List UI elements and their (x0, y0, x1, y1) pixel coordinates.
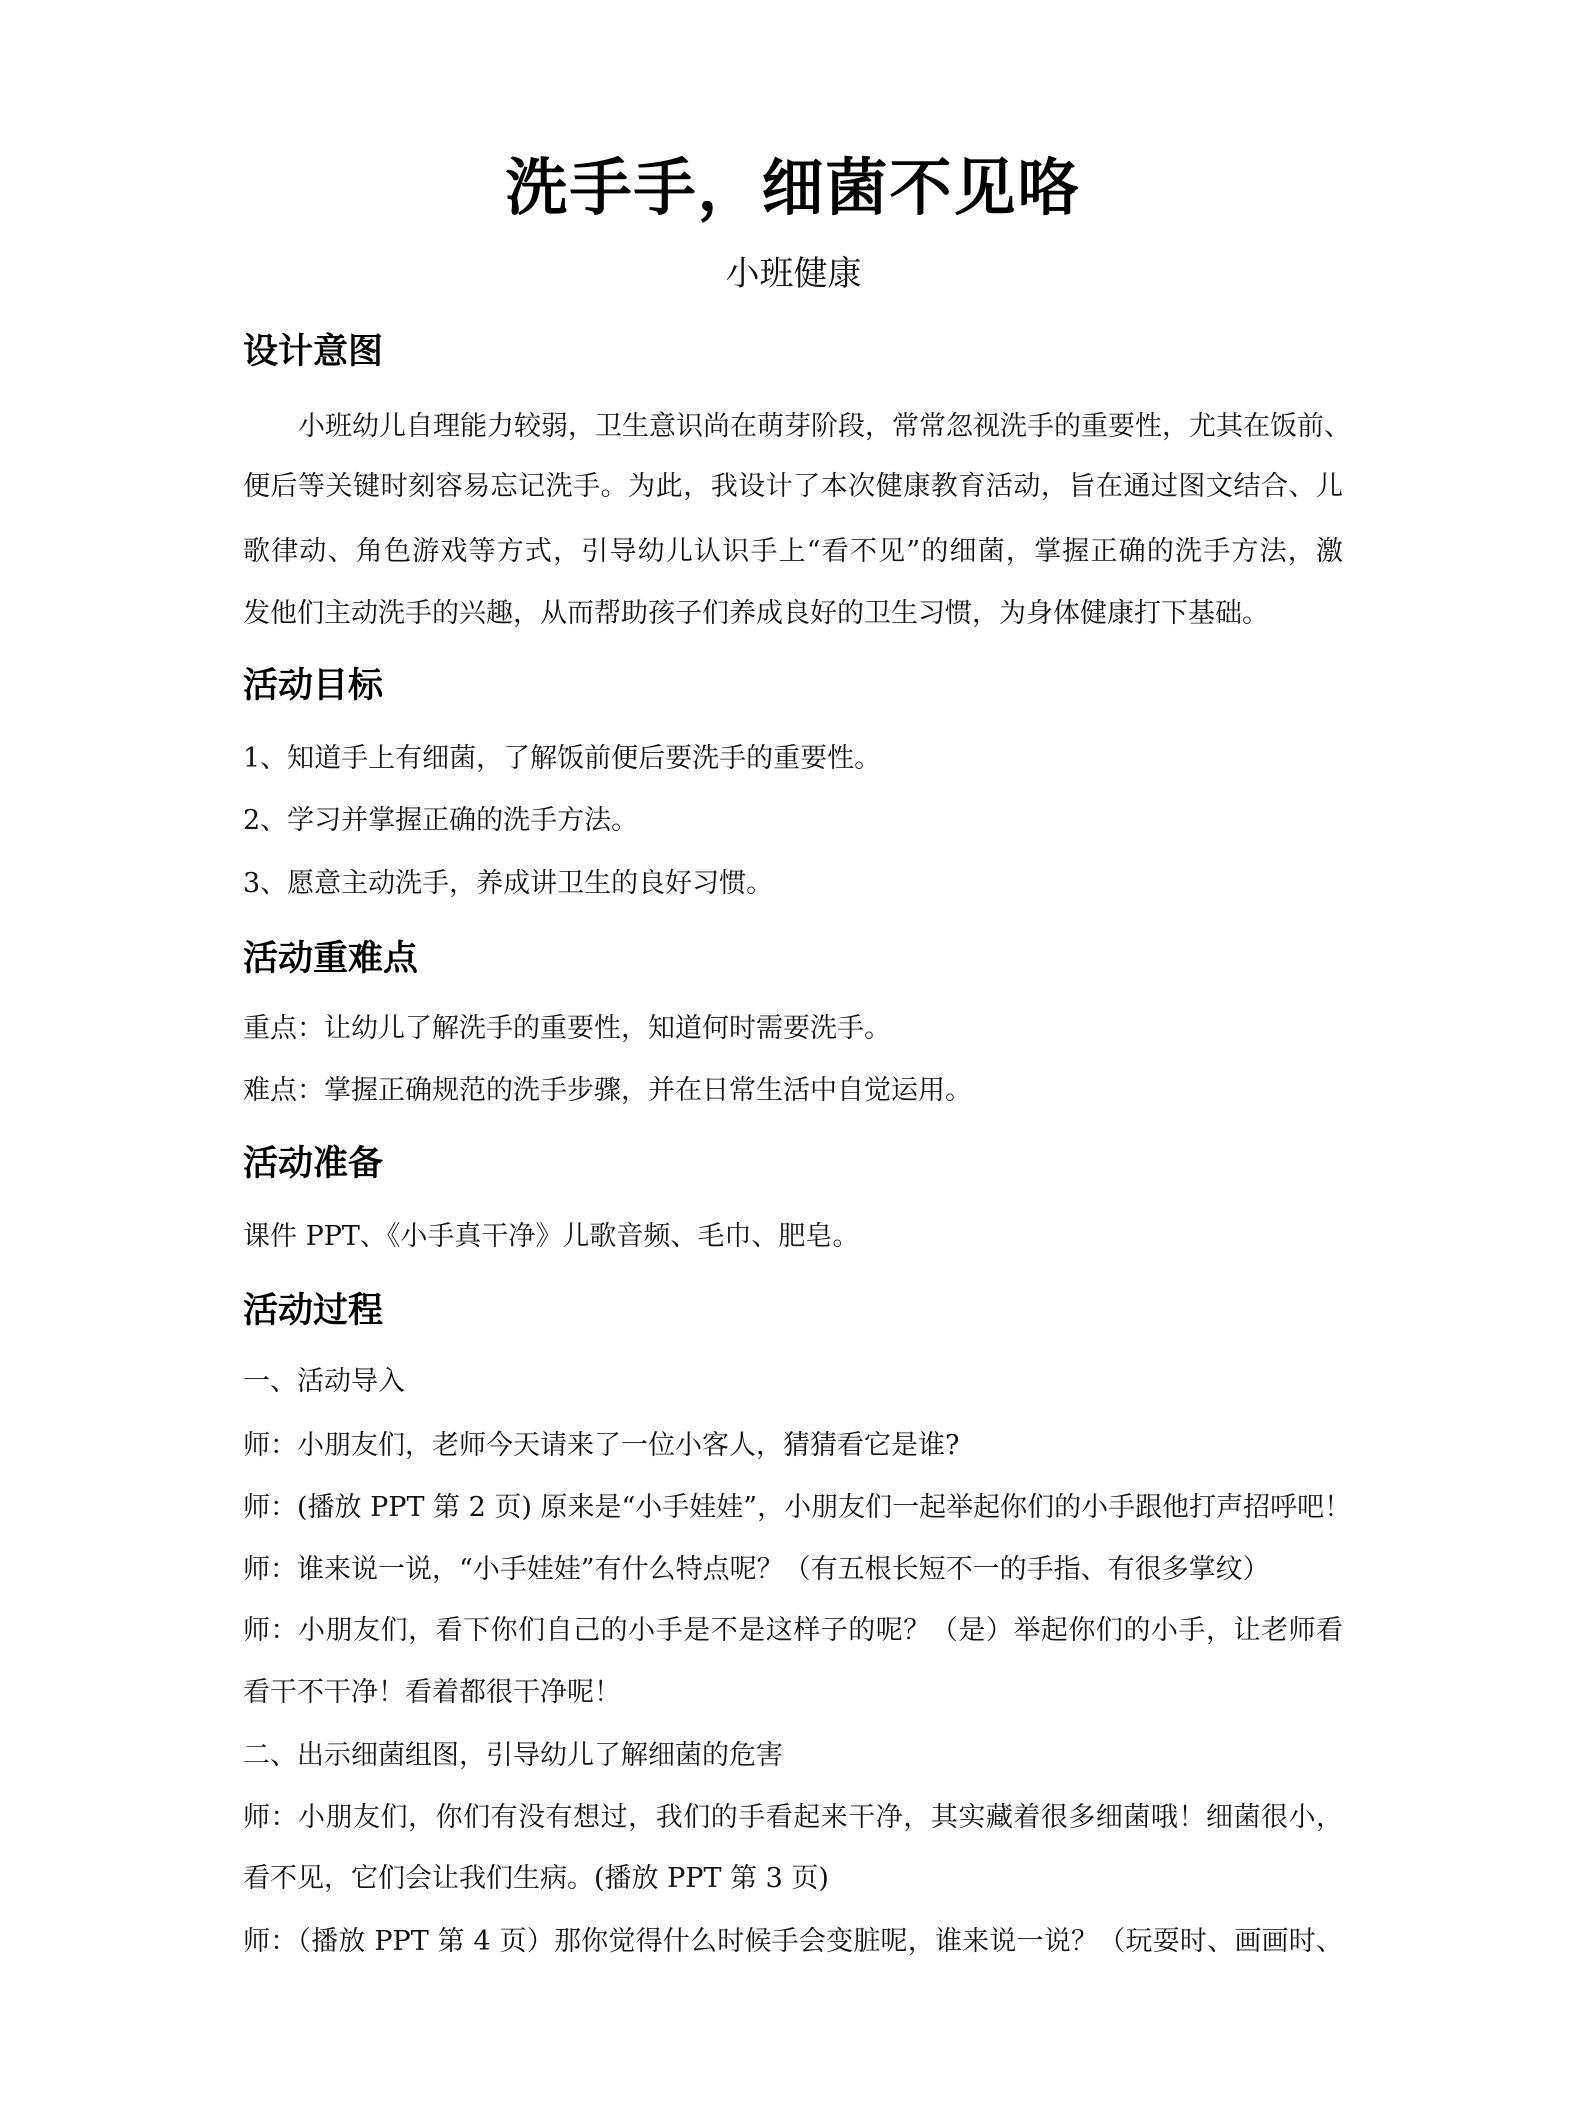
process-line: 师：(播放 PPT 第 2 页) 原来是“小手娃娃”，小朋友们一起举起你们的小手… (243, 1488, 1343, 1528)
goal-item: 2、学习并掌握正确的洗手方法。 (243, 801, 1343, 841)
goal-item: 1、知道手上有细菌，了解饭前便后要洗手的重要性。 (243, 739, 1343, 779)
paragraph-line: 歌律动、角色游戏等方式，引导幼儿认识手上“看不见”的细菌，掌握正确的洗手方法，激 (243, 532, 1343, 572)
section-heading-key-points: 活动重难点 (243, 936, 418, 982)
process-line: 看不见，它们会让我们生病。(播放 PPT 第 3 页) (243, 1859, 1343, 1899)
section-heading-goals: 活动目标 (243, 663, 383, 709)
section-heading-design-intent: 设计意图 (243, 329, 383, 375)
key-point-difficulty: 难点：掌握正确规范的洗手步骤，并在日常生活中自觉运用。 (243, 1071, 1343, 1111)
document-subtitle: 小班健康 (0, 252, 1587, 296)
process-step-heading: 二、出示细菌组图，引导幼儿了解细菌的危害 (243, 1736, 1343, 1776)
key-point-focus: 重点：让幼儿了解洗手的重要性，知道何时需要洗手。 (243, 1009, 1343, 1049)
process-line: 看干不干净！看着都很干净呢！ (243, 1673, 1343, 1713)
document-page: 洗手手，细菌不见咯 小班健康 设计意图 小班幼儿自理能力较弱，卫生意识尚在萌芽阶… (0, 0, 1587, 2117)
section-heading-preparation: 活动准备 (243, 1141, 383, 1187)
paragraph-line: 便后等关键时刻容易忘记洗手。为此，我设计了本次健康教育活动，旨在通过图文结合、儿 (243, 467, 1343, 507)
section-heading-process: 活动过程 (243, 1288, 383, 1334)
process-line: 师：小朋友们，老师今天请来了一位小客人，猜猜看它是谁? (243, 1426, 1343, 1466)
process-line: 师：小朋友们，看下你们自己的小手是不是这样子的呢？（是）举起你们的小手，让老师看 (243, 1611, 1343, 1651)
preparation-text: 课件 PPT、《小手真干净》儿歌音频、毛巾、肥皂。 (243, 1217, 1343, 1257)
process-line: 师：谁来说一说，“小手娃娃”有什么特点呢？（有五根长短不一的手指、有很多掌纹） (243, 1550, 1343, 1590)
process-line: 师：（播放 PPT 第 4 页）那你觉得什么时候手会变脏呢，谁来说一说？（玩耍时… (243, 1922, 1343, 1962)
paragraph-line: 发他们主动洗手的兴趣，从而帮助孩子们养成良好的卫生习惯，为身体健康打下基础。 (243, 594, 1343, 634)
paragraph-line: 小班幼儿自理能力较弱，卫生意识尚在萌芽阶段，常常忽视洗手的重要性，尤其在饭前、 (298, 407, 1343, 447)
process-line: 师：小朋友们，你们有没有想过，我们的手看起来干净，其实藏着很多细菌哦！细菌很小， (243, 1798, 1343, 1838)
goal-item: 3、愿意主动洗手，养成讲卫生的良好习惯。 (243, 864, 1343, 904)
process-step-heading: 一、活动导入 (243, 1362, 1343, 1402)
document-title: 洗手手，细菌不见咯 (0, 152, 1587, 224)
